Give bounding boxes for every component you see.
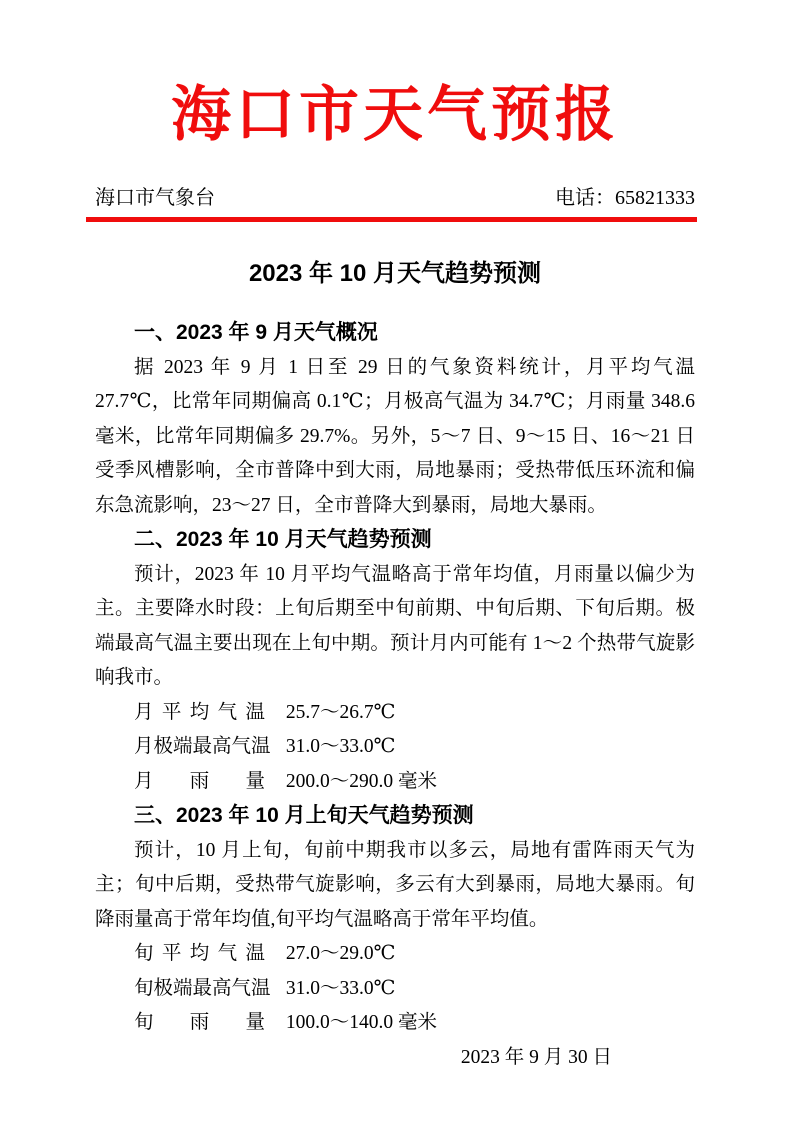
section-1-heading: 一、2023 年 9 月天气概况 xyxy=(95,316,695,351)
section-2-heading: 二、2023 年 10 月天气趋势预测 xyxy=(95,523,695,558)
phone-number: 电话：65821333 xyxy=(555,186,695,210)
stat-value: 31.0～33.0℃ xyxy=(286,736,396,757)
stat-value: 200.0～290.0 毫米 xyxy=(286,771,437,792)
stat-row-month-extreme-temp: 月极端最高气温 31.0～33.0℃ xyxy=(95,730,695,765)
stat-row-tenday-rainfall: 旬雨量 100.0～140.0 毫米 xyxy=(95,1006,695,1041)
stat-label: 旬雨量 xyxy=(134,1006,265,1041)
stat-label: 月雨量 xyxy=(134,765,265,800)
issue-date: 2023 年 9 月 30 日 xyxy=(95,1041,695,1076)
section-3-heading: 三、2023 年 10 月上旬天气趋势预测 xyxy=(95,799,695,834)
stat-row-month-avg-temp: 月平均气温 25.7～26.7℃ xyxy=(95,696,695,731)
stat-value: 31.0～33.0℃ xyxy=(286,978,396,999)
stat-label: 月平均气温 xyxy=(134,696,265,731)
document-page: 海口市天气预报 海口市气象台 电话：65821333 2023 年 10 月天气… xyxy=(0,0,794,1123)
section-1-paragraph: 据 2023 年 9 月 1 日至 29 日的气象资料统计，月平均气温 27.7… xyxy=(95,351,695,524)
stat-row-tenday-avg-temp: 旬平均气温 27.0～29.0℃ xyxy=(95,937,695,972)
section-3-paragraph: 预计，10 月上旬，旬前中期我市以多云，局地有雷阵雨天气为主；旬中后期，受热带气… xyxy=(95,834,695,938)
stat-label: 旬极端最高气温 xyxy=(134,972,265,1007)
stat-row-month-rainfall: 月雨量 200.0～290.0 毫米 xyxy=(95,765,695,800)
stat-label: 月极端最高气温 xyxy=(134,730,265,765)
doc-body: 一、2023 年 9 月天气概况 据 2023 年 9 月 1 日至 29 日的… xyxy=(95,316,695,1075)
letterhead-meta: 海口市气象台 电话：65821333 xyxy=(95,186,695,210)
stat-value: 25.7～26.7℃ xyxy=(286,702,396,723)
stat-label: 旬平均气温 xyxy=(134,937,265,972)
org-name: 海口市气象台 xyxy=(95,186,215,210)
letterhead-title: 海口市天气预报 xyxy=(95,82,695,148)
stat-value: 100.0～140.0 毫米 xyxy=(286,1012,437,1033)
doc-title: 2023 年 10 月天气趋势预测 xyxy=(95,260,695,288)
stat-value: 27.0～29.0℃ xyxy=(286,943,396,964)
section-2-paragraph: 预计，2023 年 10 月平均气温略高于常年均值，月雨量以偏少为主。主要降水时… xyxy=(95,558,695,696)
stat-row-tenday-extreme-temp: 旬极端最高气温 31.0～33.0℃ xyxy=(95,972,695,1007)
letterhead-divider xyxy=(86,217,697,222)
